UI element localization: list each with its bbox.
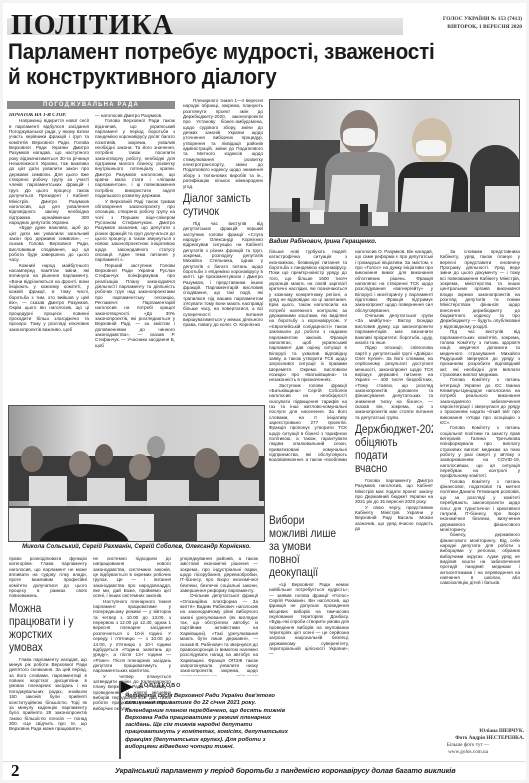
photo-committee-members bbox=[8, 405, 265, 542]
paragraph: Голова Комітету з питань соціальної полі… bbox=[440, 425, 520, 478]
issue-number: ГОЛОС УКРАЇНИ № 153 (7413) bbox=[443, 16, 522, 24]
paragraph: Голова парламенту Дмитро Разумков наголо… bbox=[355, 478, 433, 505]
section-title: ПОЛІТИКА bbox=[11, 12, 174, 40]
subheading-elections: Вибори можливі лише за умови повної деок… bbox=[269, 514, 337, 579]
website-link[interactable]: www.golos.com.ua bbox=[412, 749, 524, 756]
paragraph: Під час виступів від депутатських фракці… bbox=[183, 221, 263, 328]
photo-rabinovych-herashchenko bbox=[269, 99, 520, 237]
note-text: Четверта сесія Верховної Ради України де… bbox=[125, 693, 295, 751]
paragraph: За словами представника Кабінету, уряд т… bbox=[440, 249, 520, 329]
rubric-bar: ПОГОДЖУВАЛЬНА РАДА bbox=[7, 101, 175, 109]
subheading-dialogue: Діалог замість сутичок bbox=[183, 192, 251, 218]
note-divider bbox=[119, 681, 121, 759]
paragraph: Глава парламенту нагадав, що минув рік р… bbox=[9, 657, 87, 732]
text-column-5: наголосив О. Разумков. Він нагадав, що с… bbox=[355, 249, 433, 639]
paragraph: Голова Комітету з питань інтеграції Укра… bbox=[440, 377, 520, 425]
text-column-6: За словами представника Кабінету, уряд т… bbox=[440, 249, 520, 727]
paragraph: упорядкування районів, а також змістовні… bbox=[180, 556, 258, 593]
page-footer: 2 Український парламент у період боротьб… bbox=[3, 761, 526, 779]
subheading-budget: Держбюджет-2021 обіцяють подати вчасно bbox=[355, 423, 421, 475]
photo-2-caption: Микола Сольський, Сергій Рахманін, Сергі… bbox=[8, 544, 265, 550]
headline-line-1: Парламент потребує мудрості, зваженості bbox=[8, 39, 482, 64]
footer-tagline: Український парламент у період боротьби … bbox=[115, 766, 456, 775]
masthead: ПОЛІТИКА ГОЛОС УКРАЇНИ № 153 (7413) ВІВТ… bbox=[7, 15, 524, 37]
paragraph: «Буде дуже важливо, щоб до цієї дати ми … bbox=[9, 225, 89, 262]
text-column-3: Пленарного тижня 1—4 вересня народні обр… bbox=[183, 98, 263, 396]
photo-1-caption: Вадим Рабінович, Ірина Геращенко. bbox=[269, 239, 429, 245]
photo-credit: Фото Андрія НЕСТЕРЕНКА. bbox=[412, 735, 524, 742]
more-photos-label: Більше фото тут — bbox=[412, 742, 524, 749]
paragraph: Очільник депутатської фракції «Опозиційн… bbox=[180, 593, 258, 676]
paragraph: Наприкінці відкриття нової сесії в парла… bbox=[9, 118, 89, 225]
author-name: Юліана ШЕВЧУК. bbox=[412, 728, 524, 735]
paragraph: У свою чергу, представник Кабінету Мініс… bbox=[355, 505, 433, 532]
text-column-9: упорядкування районів, а також змістовні… bbox=[180, 556, 258, 676]
page-number: 2 bbox=[11, 761, 20, 781]
paragraph: Кожний народ майбутнього насамперед пам'… bbox=[9, 263, 89, 332]
subheading-work-conditions: Можна працювати і у жорстких умовах bbox=[9, 602, 75, 654]
signature-block: Юліана ШЕВЧУК. Фото Андрія НЕСТЕРЕНКА. Б… bbox=[412, 728, 524, 756]
paragraph: більше нові турбують людей: катастрофічн… bbox=[269, 249, 347, 383]
headline: Парламент потребує мудрості, зваженості … bbox=[8, 39, 482, 89]
paragraph: Перший заступник Голови Верховної Ради У… bbox=[95, 263, 175, 349]
text-column-4: більше нові турбують людей: катастрофічн… bbox=[269, 249, 347, 461]
paragraph: Очільник депутатської групи «За майбутнє… bbox=[355, 313, 433, 345]
text-column-10: Вибори можливі лише за умови повної деок… bbox=[269, 511, 349, 676]
text-column-2: — наголосив Дмитро Разумков. Голова Верх… bbox=[95, 113, 175, 396]
paragraph: Голова Комітету з питань фінансової, под… bbox=[440, 479, 520, 532]
paragraph: наголосив О. Разумков. Він нагадав, що с… bbox=[355, 249, 433, 313]
text-column-7: право розподілювати функцію категоріям. … bbox=[9, 556, 87, 756]
paragraph: Заступник голови фракції «Батьківщина» С… bbox=[269, 383, 347, 461]
text-column-4b bbox=[269, 465, 349, 485]
paragraph: Наступного пленарного тижня парламент пр… bbox=[93, 599, 171, 674]
newspaper-page: ПОЛІТИКА ГОЛОС УКРАЇНИ № 153 (7413) ВІВТ… bbox=[3, 3, 526, 780]
issue-info: ГОЛОС УКРАЇНИ № 153 (7413) ВІВТОРОК, 1 В… bbox=[443, 16, 522, 31]
paragraph: Лідер опозиції, співголова партії у депу… bbox=[355, 345, 433, 420]
text-column-1: ПОЧАТОК НА 1-Й СТОР. Наприкінці відкритт… bbox=[9, 113, 89, 396]
flag-icon bbox=[121, 681, 133, 693]
paragraph: Під час виступів від парламентських комі… bbox=[440, 329, 520, 377]
paragraph: «Ці Верховної Ради немає найбільше потре… bbox=[269, 582, 349, 657]
headline-line-2: й конструктивного діалогу bbox=[8, 64, 482, 89]
paragraph: Голова Верховної Ради також відзначив, щ… bbox=[95, 118, 175, 198]
issue-date: ВІВТОРОК, 1 ВЕРЕСНЯ 2020 bbox=[443, 24, 522, 32]
paragraph: право розподілювати функцію категоріям. … bbox=[9, 556, 87, 599]
paragraph: У Верховній Раді також тривав обговоренн… bbox=[95, 199, 175, 263]
paragraph: бізнесу, державного фінансового монітори… bbox=[440, 532, 520, 585]
note-label: ДОВІДКОВО bbox=[139, 683, 181, 689]
paragraph: Пленарного тижня 1—4 вересня народні обр… bbox=[183, 98, 263, 189]
paragraph: не системно підходили до напрацювання но… bbox=[93, 556, 171, 599]
